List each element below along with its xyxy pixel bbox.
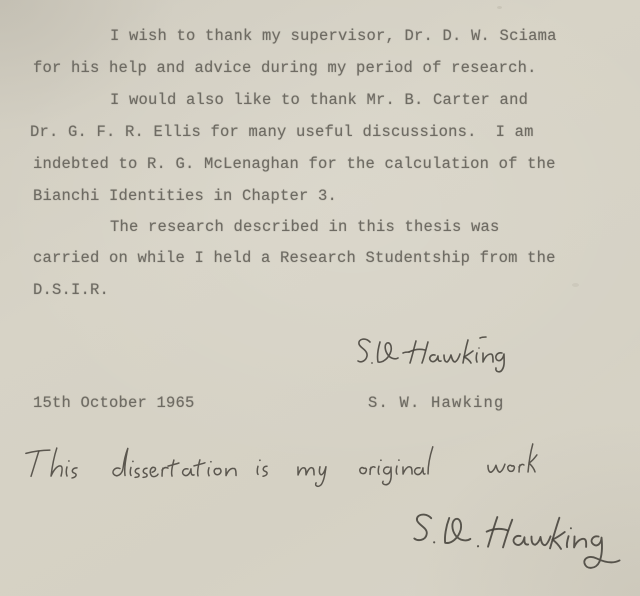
handwritten-signature-top [352,332,522,382]
typed-line: Dr. G. F. R. Ellis for many useful discu… [30,121,534,143]
typed-line: for his help and advice during my period… [33,57,537,79]
typed-line: carried on while I held a Research Stude… [33,247,556,269]
typed-signature-name: S. W. Hawking [368,392,505,414]
typed-line: D.S.I.R. [33,279,109,301]
date-text: 15th October 1965 [33,392,195,414]
typed-line: I would also like to thank Mr. B. Carter… [110,89,528,111]
typed-line: The research described in this thesis wa… [110,216,500,238]
typed-line: indebted to R. G. McLenaghan for the cal… [33,153,556,175]
paper-speck [572,283,579,287]
handwritten-signature-bottom [406,505,629,591]
handwritten-declaration [20,438,571,503]
paper-speck [497,6,502,9]
typed-line: I wish to thank my supervisor, Dr. D. W.… [110,25,557,47]
typed-line: Bianchi Identities in Chapter 3. [33,185,337,207]
scanned-thesis-page: I wish to thank my supervisor, Dr. D. W.… [0,0,640,596]
